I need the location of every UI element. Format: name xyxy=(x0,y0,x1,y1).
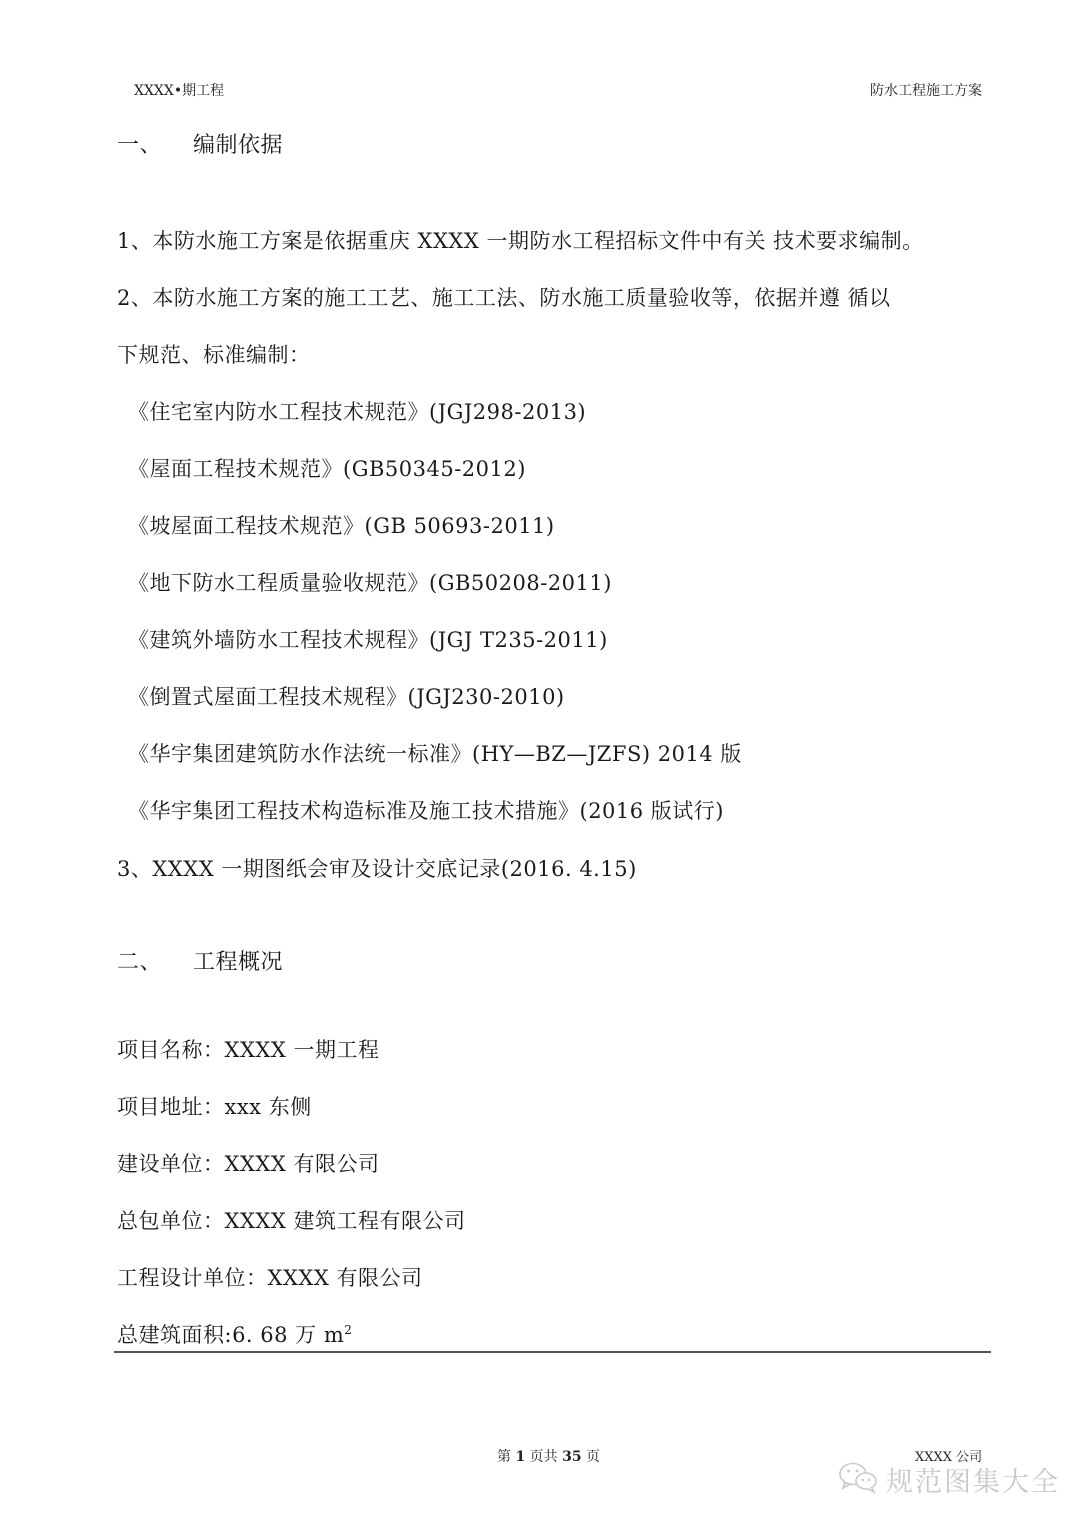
basis-item-3: 3、XXXX 一期图纸会审及设计交底记录(2016. 4.15) xyxy=(117,853,637,883)
section-1-number: 一、 xyxy=(117,128,193,159)
total-area-label: 总建筑面积:6. 68 万 m xyxy=(117,1323,344,1347)
design-unit-field: 工程设计单位：XXXX 有限公司 xyxy=(117,1262,422,1292)
reference-item: 《倒置式屋面工程技术规程》(JGJ230-2010) xyxy=(128,681,565,711)
section-1-title: 编制依据 xyxy=(193,133,283,158)
watermark-text: 规范图集大全 xyxy=(886,1460,1060,1499)
reference-item: 《华宇集团工程技术构造标准及施工技术措施》(2016 版试行) xyxy=(128,795,724,825)
total-pages: 35 xyxy=(562,1449,581,1465)
section-2-title: 工程概况 xyxy=(193,950,283,975)
reference-item: 《坡屋面工程技术规范》(GB 50693-2011) xyxy=(128,510,555,540)
section-2-heading: 二、工程概况 xyxy=(117,945,283,976)
basis-item-2-line-1: 2、本防水施工方案的施工工艺、施工工法、防水施工质量验收等，依据并遵 循以 xyxy=(117,282,891,312)
area-unit-superscript: 2 xyxy=(344,1323,352,1337)
header-right-title: 防水工程施工方案 xyxy=(870,80,982,100)
project-address-field: 项目地址：xxx 东侧 xyxy=(117,1091,312,1121)
total-area-field: 总建筑面积:6. 68 万 m2 xyxy=(117,1319,352,1349)
watermark: 规范图集大全 xyxy=(838,1460,1060,1499)
section-1-heading: 一、编制依据 xyxy=(117,128,283,159)
owner-unit-field: 建设单位：XXXX 有限公司 xyxy=(117,1148,379,1178)
section-2-number: 二、 xyxy=(117,945,193,976)
page-mid: 页共 xyxy=(525,1449,562,1465)
page-prefix: 第 xyxy=(497,1449,515,1465)
reference-item: 《住宅室内防水工程技术规范》(JGJ298-2013) xyxy=(128,396,586,426)
page-number: 第 1 页共 35 页 xyxy=(497,1446,600,1466)
reference-item: 《建筑外墙防水工程技术规程》(JGJ T235-2011) xyxy=(128,624,608,654)
wechat-icon xyxy=(838,1461,880,1499)
reference-item: 《华宇集团建筑防水作法统一标准》(HY—BZ—JZFS) 2014 版 xyxy=(128,738,742,768)
header-left-title: XXXX•期工程 xyxy=(134,80,224,100)
footer-divider xyxy=(114,1351,991,1353)
basis-item-1: 1、本防水施工方案是依据重庆 XXXX 一期防水工程招标文件中有关 技术要求编制… xyxy=(117,225,924,255)
reference-item: 《地下防水工程质量验收规范》(GB50208-2011) xyxy=(128,567,612,597)
page-suffix: 页 xyxy=(582,1449,600,1465)
project-name-field: 项目名称：XXXX 一期工程 xyxy=(117,1034,379,1064)
basis-item-2-line-2: 下规范、标准编制： xyxy=(117,339,311,369)
current-page: 1 xyxy=(515,1449,525,1465)
reference-item: 《屋面工程技术规范》(GB50345-2012) xyxy=(128,453,526,483)
general-contractor-field: 总包单位：XXXX 建筑工程有限公司 xyxy=(117,1205,465,1235)
